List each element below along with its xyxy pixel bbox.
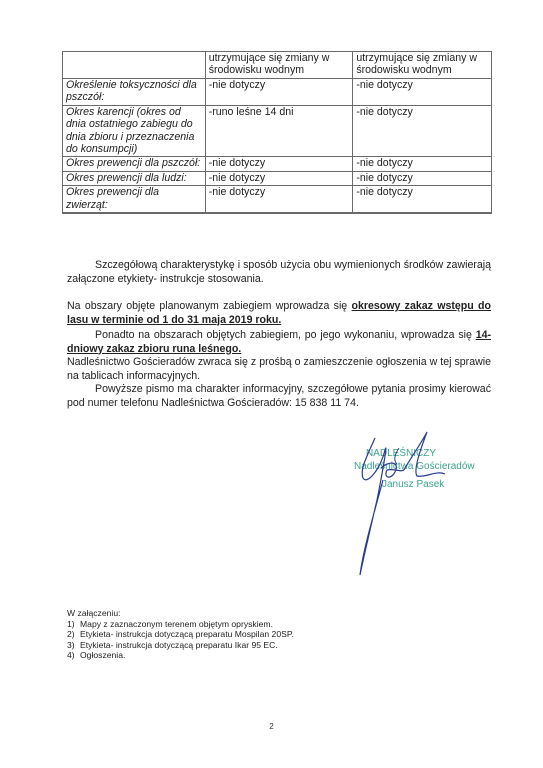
attachments-list: W załączeniu: 1)Mapy z zaznaczonym teren… [67,608,294,661]
page-number: 2 [0,722,543,731]
table-cell: utrzymujące się zmiany w środowisku wodn… [353,52,492,79]
table-cell: -runo leśne 14 dni [205,105,353,157]
row-label: Okres prewencji dla ludzi: [63,171,206,185]
handwritten-signature [355,430,465,580]
document-page: utrzymujące się zmiany w środowisku wodn… [0,0,543,768]
attachment-item: 1)Mapy z zaznaczonym terenem objętym opr… [67,619,294,630]
table-cell: -nie dotyczy [205,78,353,105]
paragraph-notice-request: Nadleśnictwo Gościeradów zwraca się z pr… [67,356,491,383]
table-cell: -nie dotyczy [353,186,492,213]
attachment-item: 3)Etykieta- instrukcja dotyczącą prepara… [67,640,294,651]
paragraph-harvest-ban: Ponadto na obszarach objętych zabiegiem,… [67,329,491,356]
table-cell: -nie dotyczy [205,186,353,213]
table-row: Okres prewencji dla pszczół: -nie dotycz… [63,157,492,171]
paragraph-characteristics: Szczegółową charakterystykę i sposób uży… [67,259,491,286]
table-row: Określenie toksyczności dla pszczół: -ni… [63,78,492,105]
table-cell: -nie dotyczy [353,78,492,105]
attachment-item: 4)Ogłoszenia. [67,650,294,661]
preparation-properties-table: utrzymujące się zmiany w środowisku wodn… [62,51,492,214]
table-cell: utrzymujące się zmiany w środowisku wodn… [205,52,353,79]
table-row: Okres prewencji dla ludzi: -nie dotyczy … [63,171,492,185]
table-row: Okres prewencji dla zwierząt: -nie dotyc… [63,186,492,213]
table-cell: -nie dotyczy [353,105,492,157]
row-label: Okres prewencji dla zwierząt: [63,186,206,213]
entry-ban-lead: Na obszary objęte planowanym zabiegiem w… [67,300,352,312]
table-cell: -nie dotyczy [205,157,353,171]
row-label: Okres prewencji dla pszczół: [63,157,206,171]
table-row: Okres karencji (okres od dnia ostatniego… [63,105,492,157]
table-cell: -nie dotyczy [353,157,492,171]
harvest-ban-lead: Ponadto na obszarach objętych zabiegiem,… [95,329,476,341]
row-label: Okres karencji (okres od dnia ostatniego… [63,105,206,157]
row-label: Określenie toksyczności dla pszczół: [63,78,206,105]
table-cell [63,52,206,79]
paragraph-entry-ban: Na obszary objęte planowanym zabiegiem w… [67,300,491,327]
paragraph-contact: Powyższe pismo ma charakter informacyjny… [67,383,491,410]
table-header-row: utrzymujące się zmiany w środowisku wodn… [63,52,492,79]
attachment-item: 2)Etykieta- instrukcja dotyczącą prepara… [67,629,294,640]
table-cell: -nie dotyczy [353,171,492,185]
table-cell: -nie dotyczy [205,171,353,185]
attachments-heading: W załączeniu: [67,608,294,619]
